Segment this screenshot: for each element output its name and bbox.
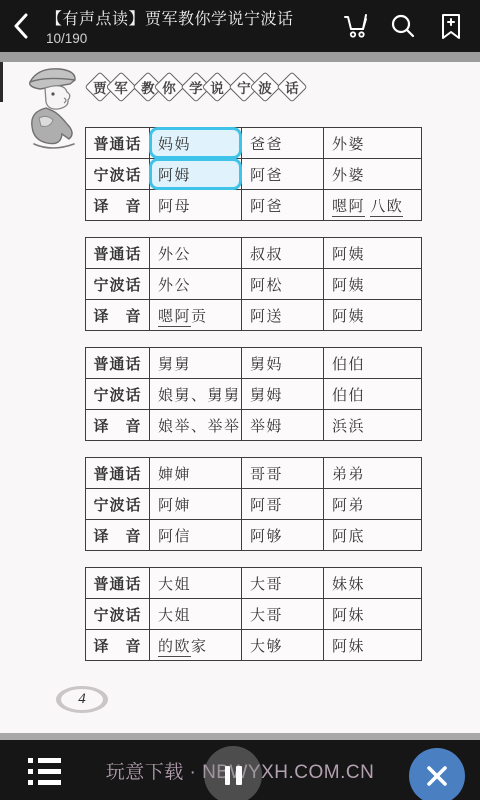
- table-row: 普通话大姐大哥妹妹: [86, 568, 422, 599]
- word-cell[interactable]: 外婆: [324, 159, 422, 190]
- word-cell[interactable]: 阿送: [242, 300, 324, 331]
- row-label: 宁波话: [86, 269, 150, 300]
- table-row: 普通话婶婶哥哥弟弟: [86, 458, 422, 489]
- table-row: 普通话外公叔叔阿姨: [86, 238, 422, 269]
- table-row: 译 音阿信阿够阿底: [86, 520, 422, 551]
- word-cell[interactable]: 阿信: [150, 520, 242, 551]
- table-row: 宁波话外公阿松阿姨: [86, 269, 422, 300]
- word-cell[interactable]: 阿够: [242, 520, 324, 551]
- reader-app-screen: 【有声点读】贾军教你学说宁波话 10/190: [0, 0, 480, 800]
- word-cell[interactable]: 阿妹: [324, 630, 422, 661]
- search-icon: [390, 13, 416, 39]
- table-row: 译 音娘举、举举举姆浜浜: [86, 410, 422, 441]
- word-cell[interactable]: 爸爸: [242, 128, 324, 159]
- toc-button[interactable]: [28, 752, 70, 790]
- word-cell[interactable]: 婶婶: [150, 458, 242, 489]
- row-label: 普通话: [86, 238, 150, 269]
- banner-diamond: 波: [250, 71, 281, 102]
- word-cell[interactable]: 阿母: [150, 190, 242, 221]
- close-icon: [425, 764, 449, 788]
- word-cell[interactable]: 阿爸: [242, 159, 324, 190]
- row-label: 普通话: [86, 568, 150, 599]
- word-cell[interactable]: 娘举、举举: [150, 410, 242, 441]
- pause-icon: [225, 766, 231, 785]
- word-cell[interactable]: 舅姆: [242, 379, 324, 410]
- title-block: 【有声点读】贾军教你学说宁波话 10/190: [38, 6, 336, 46]
- vocab-table: 普通话婶婶哥哥弟弟宁波话阿婶阿哥阿弟译 音阿信阿够阿底: [85, 457, 422, 551]
- word-cell[interactable]: 阿姨: [324, 300, 422, 331]
- word-cell[interactable]: 娘舅、舅舅: [150, 379, 242, 410]
- banner-diamond: 你: [154, 71, 185, 102]
- word-cell[interactable]: 大哥: [242, 568, 324, 599]
- banner-diamond: 话: [276, 71, 307, 102]
- cart-button[interactable]: [336, 4, 374, 48]
- top-bar: 【有声点读】贾军教你学说宁波话 10/190: [0, 0, 480, 52]
- word-cell[interactable]: 嗯阿贡: [150, 300, 242, 331]
- banner-diamond: 说: [202, 71, 233, 102]
- row-label: 宁波话: [86, 159, 150, 190]
- word-cell[interactable]: 外公: [150, 238, 242, 269]
- word-cell[interactable]: 阿姨: [324, 238, 422, 269]
- row-label: 译 音: [86, 410, 150, 441]
- scan-edge-strip-bottom: [0, 733, 480, 740]
- table-row: 普通话妈妈爸爸外婆: [86, 128, 422, 159]
- page-number: 4: [78, 691, 86, 708]
- word-cell[interactable]: 舅舅: [150, 348, 242, 379]
- close-button[interactable]: [409, 748, 465, 800]
- table-row: 宁波话阿婶阿哥阿弟: [86, 489, 422, 520]
- word-cell[interactable]: 妹妹: [324, 568, 422, 599]
- row-label: 普通话: [86, 458, 150, 489]
- book-page[interactable]: 贾军教你学说宁波话 普通话妈妈爸爸外婆宁波话阿姆阿爸外婆译 音阿母阿爸嗯阿 八欧…: [0, 62, 480, 733]
- search-button[interactable]: [384, 4, 422, 48]
- row-label: 宁波话: [86, 489, 150, 520]
- word-cell[interactable]: 大够: [242, 630, 324, 661]
- word-cell[interactable]: 阿姨: [324, 269, 422, 300]
- word-cell[interactable]: 阿弟: [324, 489, 422, 520]
- word-cell-highlighted[interactable]: 妈妈: [150, 128, 242, 159]
- vocab-tables: 普通话妈妈爸爸外婆宁波话阿姆阿爸外婆译 音阿母阿爸嗯阿 八欧普通话外公叔叔阿姨宁…: [85, 127, 421, 677]
- word-cell[interactable]: 阿爸: [242, 190, 324, 221]
- word-cell[interactable]: 弟弟: [324, 458, 422, 489]
- row-label: 宁波话: [86, 379, 150, 410]
- bookmark-add-button[interactable]: [432, 4, 470, 48]
- word-cell[interactable]: 大姐: [150, 568, 242, 599]
- row-label: 普通话: [86, 348, 150, 379]
- bottom-bar: 玩意下载 · NBWYXH.COM.CN: [0, 740, 480, 800]
- row-label: 宁波话: [86, 599, 150, 630]
- table-row: 普通话舅舅舅妈伯伯: [86, 348, 422, 379]
- list-menu-icon: [28, 758, 70, 763]
- table-row: 宁波话阿姆阿爸外婆: [86, 159, 422, 190]
- shopping-cart-icon: [342, 13, 369, 39]
- word-cell[interactable]: 浜浜: [324, 410, 422, 441]
- top-bar-actions: [336, 4, 480, 48]
- table-row: 译 音嗯阿贡阿送阿姨: [86, 300, 422, 331]
- word-cell[interactable]: 伯伯: [324, 348, 422, 379]
- word-cell[interactable]: 哥哥: [242, 458, 324, 489]
- chapter-title-banner: 贾军教你学说宁波话: [88, 76, 304, 98]
- back-button[interactable]: [4, 4, 38, 48]
- scan-edge-strip-top: [0, 52, 480, 62]
- word-cell[interactable]: 伯伯: [324, 379, 422, 410]
- table-row: 宁波话娘舅、舅舅舅姆伯伯: [86, 379, 422, 410]
- word-cell[interactable]: 舅妈: [242, 348, 324, 379]
- vocab-table: 普通话舅舅舅妈伯伯宁波话娘舅、舅舅舅姆伯伯译 音娘举、举举举姆浜浜: [85, 347, 422, 441]
- word-cell[interactable]: 阿婶: [150, 489, 242, 520]
- word-cell[interactable]: 外公: [150, 269, 242, 300]
- row-label: 译 音: [86, 630, 150, 661]
- word-cell[interactable]: 叔叔: [242, 238, 324, 269]
- vocab-table: 普通话妈妈爸爸外婆宁波话阿姆阿爸外婆译 音阿母阿爸嗯阿 八欧: [85, 127, 422, 221]
- word-cell[interactable]: 外婆: [324, 128, 422, 159]
- chevron-left-icon: [12, 13, 30, 39]
- scan-artifact: [0, 62, 3, 102]
- row-label: 译 音: [86, 300, 150, 331]
- word-cell[interactable]: 阿哥: [242, 489, 324, 520]
- table-row: 译 音阿母阿爸嗯阿 八欧: [86, 190, 422, 221]
- word-cell[interactable]: 阿底: [324, 520, 422, 551]
- page-indicator: 10/190: [46, 31, 336, 46]
- book-title: 【有声点读】贾军教你学说宁波话: [46, 6, 336, 29]
- table-row: 宁波话大姐大哥阿妹: [86, 599, 422, 630]
- word-cell[interactable]: 大哥: [242, 599, 324, 630]
- row-label: 普通话: [86, 128, 150, 159]
- pause-button[interactable]: [204, 746, 262, 800]
- word-cell[interactable]: 的欧家: [150, 630, 242, 661]
- word-cell-highlighted[interactable]: 阿姆: [150, 159, 242, 190]
- vocab-table: 普通话大姐大哥妹妹宁波话大姐大哥阿妹译 音的欧家大够阿妹: [85, 567, 422, 661]
- row-label: 译 音: [86, 190, 150, 221]
- banner-diamond: 军: [106, 71, 137, 102]
- bookmark-add-icon: [440, 13, 462, 40]
- word-cell[interactable]: 大姐: [150, 599, 242, 630]
- word-cell[interactable]: 阿妹: [324, 599, 422, 630]
- word-cell[interactable]: 举姆: [242, 410, 324, 441]
- word-cell[interactable]: 嗯阿 八欧: [324, 190, 422, 221]
- vocab-table: 普通话外公叔叔阿姨宁波话外公阿松阿姨译 音嗯阿贡阿送阿姨: [85, 237, 422, 331]
- word-cell[interactable]: 阿松: [242, 269, 324, 300]
- page-number-badge: 4: [56, 686, 108, 713]
- table-row: 译 音的欧家大够阿妹: [86, 630, 422, 661]
- row-label: 译 音: [86, 520, 150, 551]
